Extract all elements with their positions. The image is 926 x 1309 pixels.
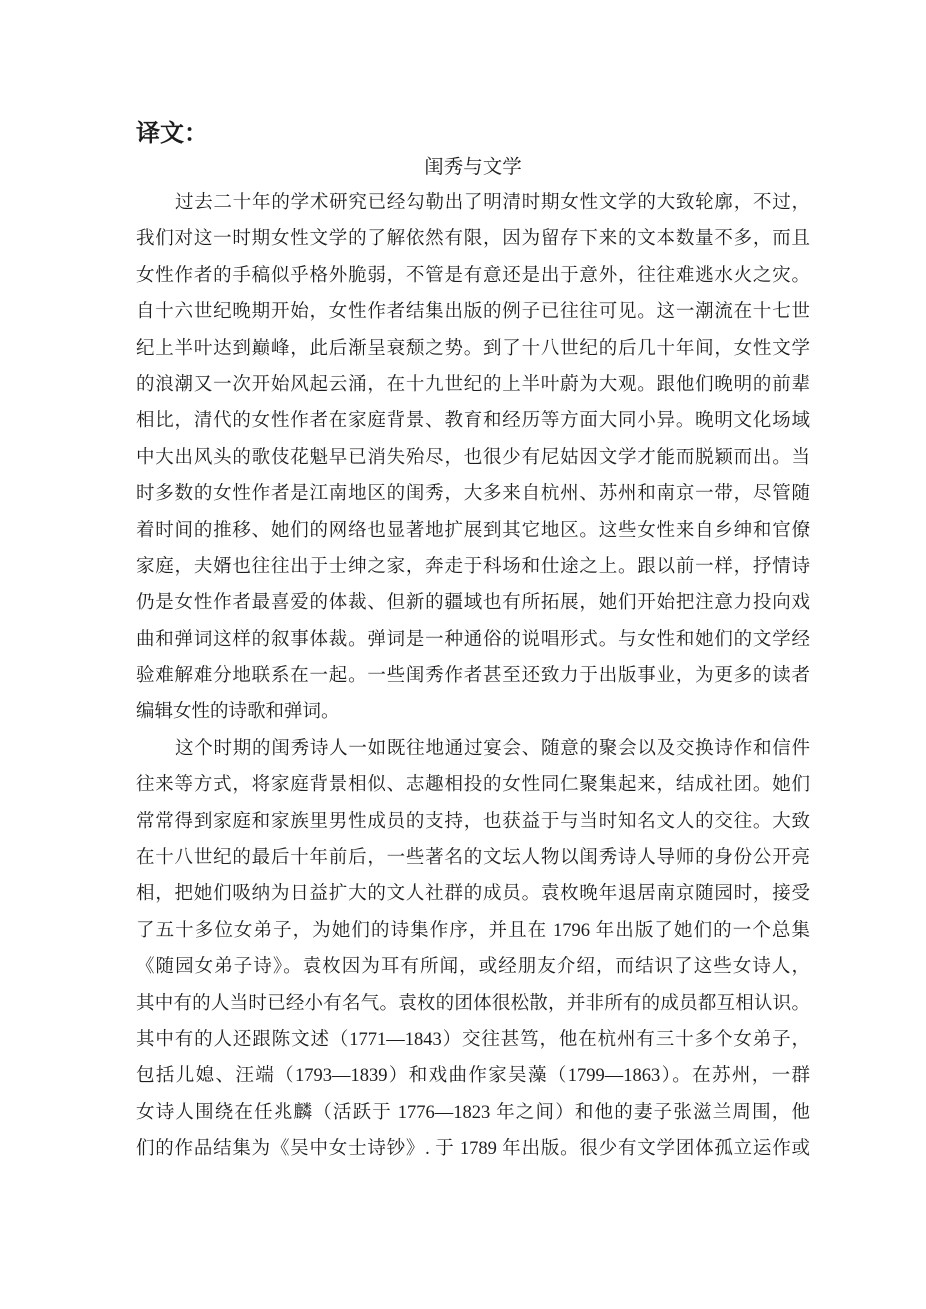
text-line: 女诗人围绕在任兆麟（活跃于 1776—1823 年之间）和他的妻子张滋兰周围，他 (136, 1095, 810, 1131)
text-line: 验难解难分地联系在一起。一些闺秀作者甚至还致力于出版事业，为更多的读者 (136, 658, 810, 694)
text-line: 家庭，夫婿也往往出于士绅之家，奔走于科场和仕途之上。跟以前一样，抒情诗 (136, 549, 810, 585)
text-line: 《随园女弟子诗》。袁枚因为耳有所闻，或经朋友介绍，而结识了这些女诗人， (136, 949, 810, 985)
text-line: 仍是女性作者最喜爱的体裁、但新的疆域也有所拓展，她们开始把注意力投向戏 (136, 585, 810, 621)
text-line: 时多数的女性作者是江南地区的闺秀，大多来自杭州、苏州和南京一带，尽管随 (136, 476, 810, 512)
text-line: 着时间的推移、她们的网络也显著地扩展到其它地区。这些女性来自乡绅和官僚 (136, 513, 810, 549)
text-line: 自十六世纪晚期开始，女性作者结集出版的例子已往往可见。这一潮流在十七世 (136, 294, 810, 330)
text-line: 的浪潮又一次开始风起云涌，在十九世纪的上半叶蔚为大观。跟他们晚明的前辈 (136, 367, 810, 403)
text-line: 常常得到家庭和家族里男性成员的支持，也获益于与当时知名文人的交往。大致 (136, 804, 810, 840)
text-line: 中大出风头的歌伎花魁早已消失殆尽，也很少有尼姑因文学才能而脱颖而出。当 (136, 440, 810, 476)
text-line: 女性作者的手稿似乎格外脆弱，不管是有意还是出于意外，往往难逃水火之灾。 (136, 258, 810, 294)
text-line: 曲和弹词这样的叙事体裁。弹词是一种通俗的说唱形式。与女性和她们的文学经 (136, 622, 810, 658)
section-label: 译文： (136, 117, 810, 151)
document-body: 过去二十年的学术研究已经勾勒出了明清时期女性文学的大致轮廓，不过，我们对这一时期… (136, 185, 810, 1168)
text-line: 相，把她们吸纳为日益扩大的文人社群的成员。袁枚晚年退居南京随园时，接受 (136, 876, 810, 912)
text-line: 在十八世纪的最后十年前后，一些著名的文坛人物以闺秀诗人导师的身份公开亮 (136, 840, 810, 876)
text-line: 编辑女性的诗歌和弹词。 (136, 694, 810, 730)
text-line: 其中有的人当时已经小有名气。袁枚的团体很松散，并非所有的成员都互相认识。 (136, 986, 810, 1022)
text-line: 这个时期的闺秀诗人一如既往地通过宴会、随意的聚会以及交换诗作和信件 (136, 731, 810, 767)
document-content: 译文： 闺秀与文学 过去二十年的学术研究已经勾勒出了明清时期女性文学的大致轮廓，… (136, 117, 810, 1168)
text-line: 纪上半叶达到巅峰，此后渐呈衰颓之势。到了十八世纪的后几十年间，女性文学 (136, 331, 810, 367)
text-line: 了五十多位女弟子，为她们的诗集作序，并且在 1796 年出版了她们的一个总集 (136, 913, 810, 949)
text-line: 其中有的人还跟陈文述（1771—1843）交往甚笃，他在杭州有三十多个女弟子， (136, 1022, 810, 1058)
text-line: 包括儿媳、汪端（1793—1839）和戏曲作家吴藻（1799—1863）。在苏州… (136, 1058, 810, 1094)
text-line: 往来等方式，将家庭背景相似、志趣相投的女性同仁聚集起来，结成社团。她们 (136, 767, 810, 803)
text-line: 们的作品结集为《吴中女士诗钞》. 于 1789 年出版。很少有文学团体孤立运作或 (136, 1131, 810, 1167)
text-line: 我们对这一时期女性文学的了解依然有限，因为留存下来的文本数量不多，而且 (136, 221, 810, 257)
text-line: 相比，清代的女性作者在家庭背景、教育和经历等方面大同小异。晚明文化场域 (136, 403, 810, 439)
text-line: 过去二十年的学术研究已经勾勒出了明清时期女性文学的大致轮廓，不过， (136, 185, 810, 221)
document-page: 译文： 闺秀与文学 过去二十年的学术研究已经勾勒出了明清时期女性文学的大致轮廓，… (0, 0, 926, 1309)
document-title: 闺秀与文学 (136, 151, 810, 185)
